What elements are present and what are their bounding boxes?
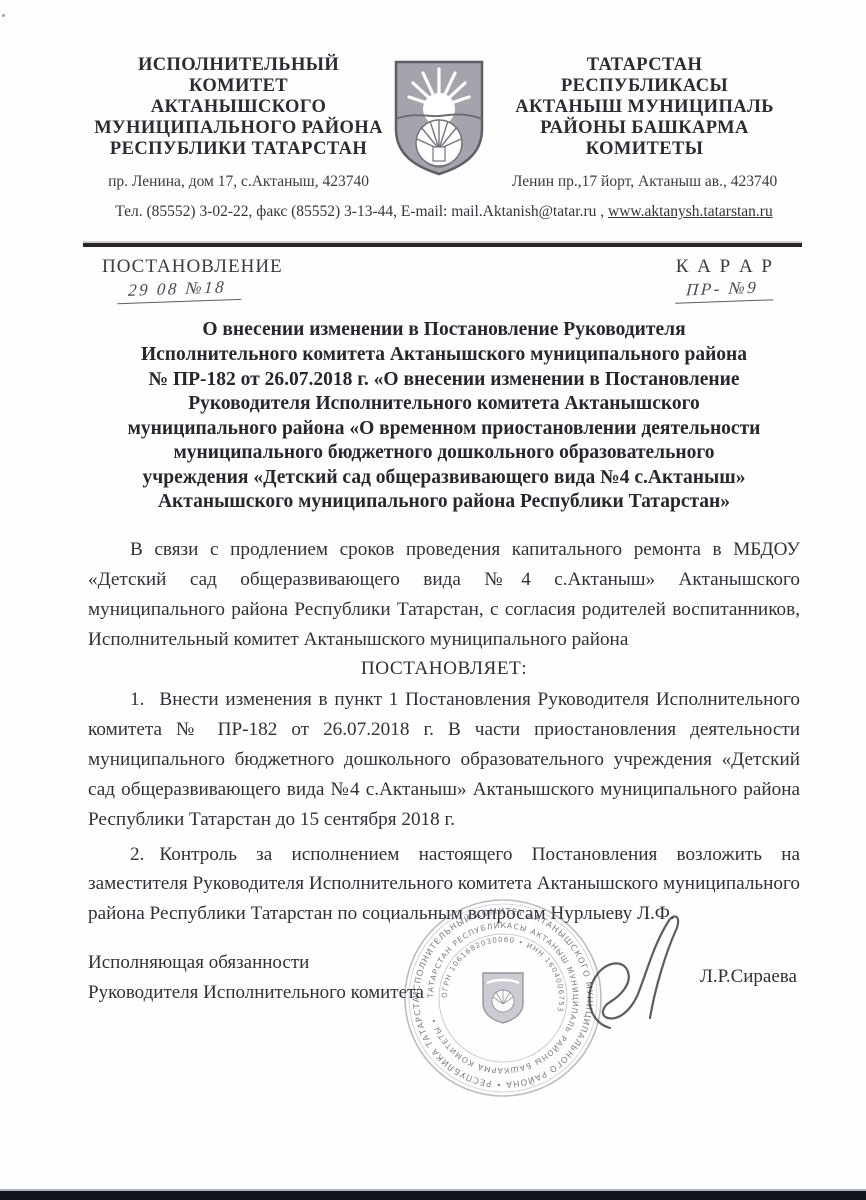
document-page: ИСПОЛНИТЕЛЬНЫЙ КОМИТЕТ АКТАНЫШСКОГО МУНИ… (0, 0, 866, 1200)
org-address-tatar: Ленин пр.,17 йорт, Актаныш ав., 423740 (489, 173, 800, 191)
org-address-russian: пр. Ленина, дом 17, с.Актаныш, 423740 (88, 173, 389, 191)
karar-label: К А Р А Р (676, 256, 774, 278)
contact-text: Тел. (85552) 3-02-22, факс (85552) 3-13-… (115, 203, 608, 220)
doc-type-row: ПОСТАНОВЛЕНИЕ 29 08 №18 К А Р А Р ПР- №9 (88, 256, 800, 302)
letterhead-tatar: ТАТАРСТАН РЕСПУБЛИКАСЫ АКТАНЫШ МУНИЦИПАЛ… (489, 55, 800, 191)
letterhead: ИСПОЛНИТЕЛЬНЫЙ КОМИТЕТ АКТАНЫШСКОГО МУНИ… (88, 55, 800, 191)
document-title: О внесении изменении в Постановление Рук… (88, 318, 800, 515)
intro-paragraph: В связи с продлением сроков проведения к… (88, 535, 800, 655)
resolves-heading: ПОСТАНОВЛЯЕТ: (88, 658, 800, 680)
scan-bottom-edge (0, 1189, 866, 1200)
decree-item-1: 1.Внести изменения в пункт 1 Постановлен… (88, 685, 800, 835)
postanovlenie-label: ПОСТАНОВЛЕНИЕ (102, 256, 283, 278)
signatory-position: Исполняющая обязанности Руководителя Исп… (88, 948, 424, 1007)
signatory-name: Л.Р.Сираева (700, 966, 797, 988)
coat-of-arms-icon (389, 57, 489, 179)
website-link: www.aktanysh.tatarstan.ru (608, 203, 773, 220)
scan-speck (2, 14, 5, 17)
org-name-tatar: ТАТАРСТАН РЕСПУБЛИКАСЫ АКТАНЫШ МУНИЦИПАЛ… (489, 55, 800, 159)
item-number: 2. (130, 844, 159, 865)
contact-line: Тел. (85552) 3-02-22, факс (85552) 3-13-… (88, 203, 800, 221)
emblem-container (389, 55, 489, 179)
item-number: 1. (130, 689, 159, 710)
signature-block: Исполняющая обязанности Руководителя Исп… (88, 933, 800, 1158)
letterhead-divider (83, 243, 802, 247)
item-text: Внести изменения в пункт 1 Постановления… (88, 689, 800, 830)
handwritten-number: ПР- №9 (675, 278, 775, 304)
handwritten-date-number: 29 08 №18 (117, 277, 243, 304)
doc-type-tatar: К А Р А Р ПР- №9 (676, 256, 774, 302)
org-name-russian: ИСПОЛНИТЕЛЬНЫЙ КОМИТЕТ АКТАНЫШСКОГО МУНИ… (88, 55, 389, 159)
doc-type-russian: ПОСТАНОВЛЕНИЕ 29 08 №18 (102, 256, 283, 302)
stamp-center-shield (483, 973, 523, 1023)
handwritten-signature (580, 910, 695, 1050)
round-stamp: ИСПОЛНИТЕЛЬНЫЙ КОМИТЕТ АКТАНЫШСКОГО МУНИ… (398, 893, 608, 1103)
letterhead-russian: ИСПОЛНИТЕЛЬНЫЙ КОМИТЕТ АКТАНЫШСКОГО МУНИ… (88, 55, 389, 191)
